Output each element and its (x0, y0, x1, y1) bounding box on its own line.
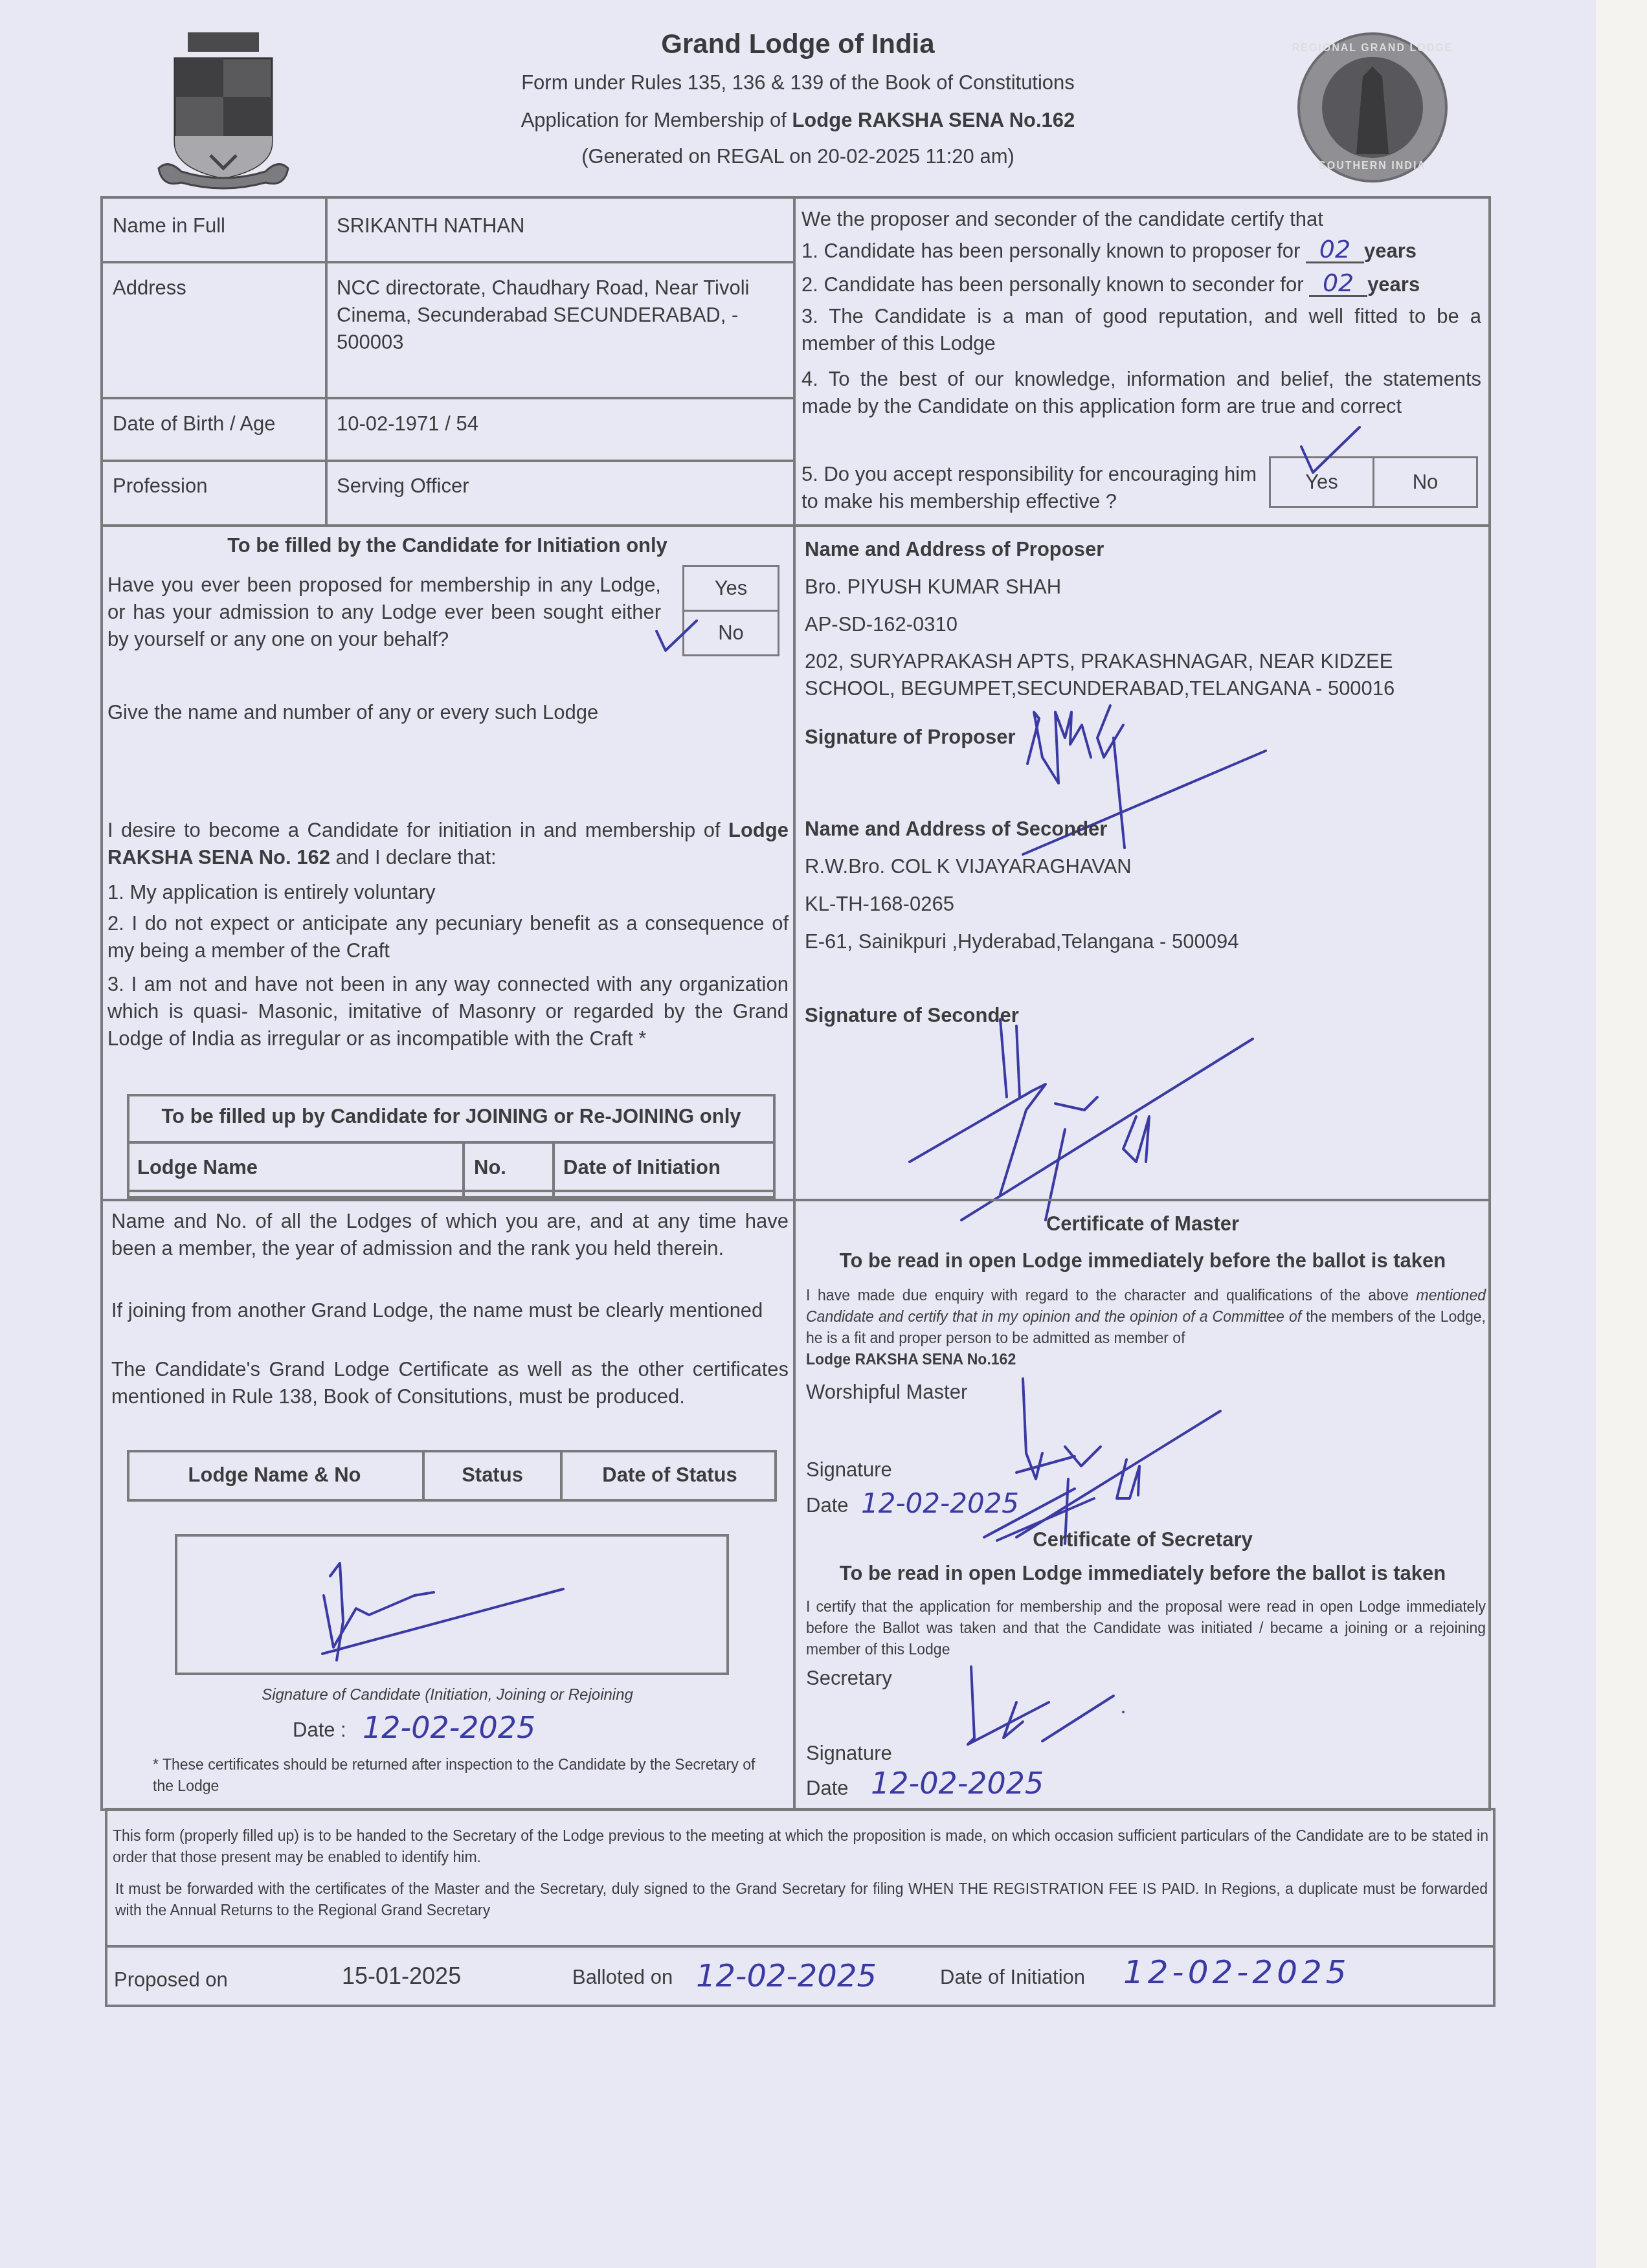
proposer-years-field[interactable]: 02 (1306, 237, 1364, 263)
master-cert-body: I have made due enquiry with regard to t… (806, 1285, 1486, 1349)
years-label: years (1367, 273, 1420, 296)
certify-item-2: 2. Candidate has been personally known t… (801, 271, 1488, 298)
profession-value: Serving Officer (337, 472, 469, 500)
declaration-suffix: and I declare that: (330, 846, 497, 869)
joining-header-divider (127, 1141, 776, 1144)
joining-table-heading: To be filled up by Candidate for JOINING… (127, 1103, 776, 1130)
proposed-on-value: 15-01-2025 (342, 1962, 461, 1990)
row-divider (100, 397, 794, 399)
address-value: NCC directorate, Chaudhary Road, Near Ti… (337, 274, 757, 356)
seconder-years-field[interactable]: 02 (1309, 271, 1367, 297)
secretary-signature-label: Signature (806, 1740, 892, 1767)
section-divider (100, 524, 1491, 527)
proposer-address: 202, SURYAPRAKASH APTS, PRAKASHNAGAR, NE… (805, 648, 1485, 702)
seconder-signature[interactable] (903, 1000, 1266, 1220)
secretary-cert-body: I certify that the application for membe… (806, 1596, 1486, 1660)
row-divider (100, 261, 794, 263)
master-cert-subtitle: To be read in open Lodge immediately bef… (794, 1247, 1491, 1274)
form-page: REGIONAL GRAND LODGE SOUTHERN INDIA Gran… (0, 0, 1596, 2268)
membership-certificates: The Candidate's Grand Lodge Certificate … (111, 1356, 789, 1410)
master-date-label: Date (806, 1492, 848, 1519)
secretary-cert-title: Certificate of Secretary (794, 1526, 1491, 1553)
yes-checkmark-icon (1295, 421, 1372, 479)
col-date-of-status: Date of Status (563, 1462, 777, 1489)
certificates-footnote: * These certificates should be returned … (153, 1754, 774, 1797)
certify-no-box[interactable]: No (1372, 456, 1478, 508)
page-title: Grand Lodge of India (0, 28, 1596, 60)
master-cert-title: Certificate of Master (794, 1210, 1491, 1238)
declaration-1: 1. My application is entirely voluntary (107, 879, 436, 906)
master-signature[interactable] (945, 1375, 1230, 1544)
name-value: SRIKANTH NATHAN (337, 212, 525, 239)
master-body-1: I have made due enquiry with regard to t… (806, 1287, 1417, 1304)
declaration-2: 2. I do not expect or anticipate any pec… (107, 910, 789, 964)
initiation-heading: To be filled by the Candidate for Initia… (100, 532, 794, 559)
address-label: Address (113, 274, 186, 302)
declaration-3: 3. I am not and have not been in any way… (107, 971, 789, 1052)
section-divider (100, 1199, 1491, 1201)
col-date-initiation: Date of Initiation (563, 1154, 721, 1181)
application-prefix: Application for Membership of (521, 109, 792, 131)
profession-label: Profession (113, 472, 207, 500)
declaration-intro: I desire to become a Candidate for initi… (107, 817, 789, 871)
candidate-signature-caption: Signature of Candidate (Initiation, Join… (100, 1682, 794, 1709)
col-lodge-name-no: Lodge Name & No (127, 1462, 422, 1489)
name-label: Name in Full (113, 212, 225, 239)
give-name-instruction: Give the name and number of any or every… (107, 699, 598, 726)
col-lodge-name: Lodge Name (137, 1154, 258, 1181)
years-label: years (1364, 239, 1417, 262)
generated-timestamp: (Generated on REGAL on 20-02-2025 11:20 … (0, 145, 1596, 168)
certify-intro: We the proposer and seconder of the cand… (801, 206, 1323, 233)
secretary-date-label: Date (806, 1775, 848, 1802)
proposer-signature-label: Signature of Proposer (805, 724, 1016, 751)
certify-item-5: 5. Do you accept responsibility for enco… (801, 461, 1268, 515)
seconder-address: E-61, Sainikpuri ,Hyderabad,Telangana - … (805, 928, 1238, 955)
candidate-date-value[interactable]: 12-02-2025 (363, 1710, 535, 1745)
candidate-signature (317, 1557, 570, 1660)
date-of-initiation-value[interactable]: 12-02-2025 (1123, 1953, 1350, 1991)
initiation-question: Have you ever been proposed for membersh… (107, 572, 661, 653)
proposer-reg-no: AP-SD-162-0310 (805, 611, 958, 638)
certify-item-1-text: 1. Candidate has been personally known t… (801, 239, 1306, 262)
date-of-initiation-label: Date of Initiation (940, 1964, 1085, 1991)
seconder-reg-no: KL-TH-168-0265 (805, 891, 954, 918)
certify-item-4: 4. To the best of our knowledge, informa… (801, 366, 1481, 420)
proposer-name: Bro. PIYUSH KUMAR SHAH (805, 573, 1061, 601)
certify-item-3: 3. The Candidate is a man of good reputa… (801, 303, 1481, 357)
application-title: Application for Membership of Lodge RAKS… (0, 109, 1596, 132)
master-cert-lodge: Lodge RAKSHA SENA No.162 (806, 1349, 1016, 1370)
balloted-on-label: Balloted on (572, 1964, 673, 1991)
form-rules-subtitle: Form under Rules 135, 136 & 139 of the B… (0, 71, 1596, 94)
secretary-label: Secretary (806, 1665, 892, 1692)
joining-row-divider (127, 1190, 776, 1192)
seconder-heading: Name and Address of Seconder (805, 816, 1107, 843)
label-column-divider (325, 196, 328, 526)
membership-other-grand-lodge: If joining from another Grand Lodge, the… (111, 1297, 789, 1324)
dob-value: 10-02-1971 / 54 (337, 410, 478, 438)
secretary-signature[interactable] (965, 1663, 1133, 1748)
master-signature-label: Signature (806, 1456, 892, 1484)
col-divider (462, 1141, 465, 1199)
declaration-prefix: I desire to become a Candidate for initi… (107, 819, 728, 841)
proposer-heading: Name and Address of Proposer (805, 536, 1104, 563)
balloted-on-value[interactable]: 12-02-2025 (696, 1958, 877, 1994)
col-status: Status (425, 1462, 560, 1489)
col-number: No. (474, 1154, 506, 1181)
dob-label: Date of Birth / Age (113, 410, 276, 438)
candidate-date-label: Date : (293, 1717, 346, 1744)
row-divider (100, 460, 794, 462)
secretary-date-value[interactable]: 12-02-2025 (871, 1766, 1044, 1801)
col-divider (552, 1141, 555, 1199)
no-checkmark-icon (654, 618, 706, 657)
lodge-name-bold: Lodge RAKSHA SENA No.162 (792, 109, 1075, 131)
footer-note-1: This form (properly filled up) is to be … (113, 1825, 1488, 1868)
certify-item-2-text: 2. Candidate has been personally known t… (801, 273, 1309, 296)
membership-instructions: Name and No. of all the Lodges of which … (111, 1208, 789, 1262)
secretary-cert-subtitle: To be read in open Lodge immediately bef… (794, 1560, 1491, 1587)
initiation-yes-box[interactable]: Yes (682, 565, 779, 612)
worshipful-master-label: Worshipful Master (806, 1379, 967, 1406)
seconder-name: R.W.Bro. COL K VIJAYARAGHAVAN (805, 853, 1132, 880)
certify-item-1: 1. Candidate has been personally known t… (801, 237, 1488, 265)
proposed-on-label: Proposed on (114, 1966, 228, 1994)
footer-note-2: It must be forwarded with the certificat… (115, 1878, 1488, 1921)
